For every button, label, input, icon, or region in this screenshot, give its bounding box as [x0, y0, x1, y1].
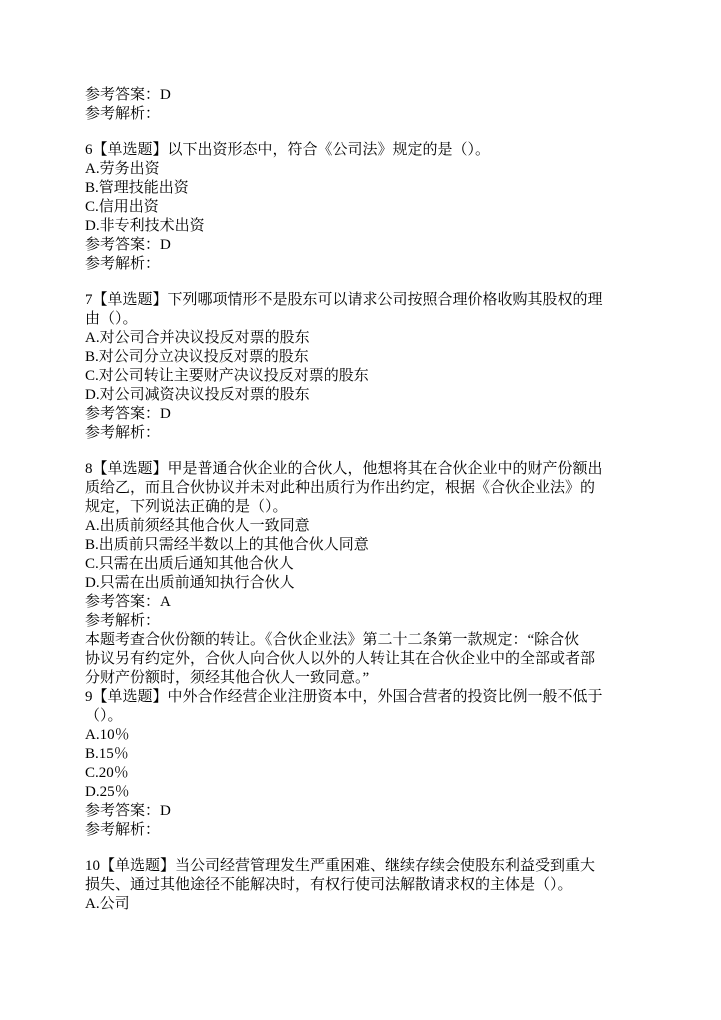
option-d-line: D.对公司减资决议投反对票的股东	[85, 386, 661, 405]
option-b-line: B.出质前只需经半数以上的其他合伙人同意	[85, 536, 661, 555]
reference-analysis-line: 参考解析：	[85, 105, 661, 124]
option-c-line: C.对公司转让主要财产决议投反对票的股东	[85, 367, 661, 386]
reference-answer-line: 参考答案：D	[85, 802, 661, 821]
question-stem-line: 6【单选题】以下出资形态中，符合《公司法》规定的是（）。	[85, 141, 661, 160]
reference-answer-line: 参考答案：D	[85, 405, 661, 424]
question-stem-line: （）。	[85, 707, 661, 726]
option-c-line: C.信用出资	[85, 198, 661, 217]
analysis-text-line: 分财产份额时，须经其他合伙人一致同意。”	[85, 669, 661, 688]
reference-analysis-line: 参考解析：	[85, 255, 661, 274]
reference-analysis-line: 参考解析：	[85, 612, 661, 631]
option-d-line: D.非专利技术出资	[85, 217, 661, 236]
option-a-line: A.对公司合并决议投反对票的股东	[85, 329, 661, 348]
question-stem-line: 损失、通过其他途径不能解决时，有权行使司法解散请求权的主体是（）。	[85, 876, 661, 895]
question-5-answer-block: 参考答案：D 参考解析：	[85, 86, 661, 124]
question-stem-line: 10【单选题】当公司经营管理发生严重困难、继续存续会使股东利益受到重大	[85, 857, 661, 876]
analysis-text-line: 本题考查合伙份额的转让。《合伙企业法》第二十二条第一款规定：“除合伙	[85, 631, 661, 650]
option-a-line: A.劳务出资	[85, 160, 661, 179]
question-stem-line: 9【单选题】中外合作经营企业注册资本中，外国合营者的投资比例一般不低于	[85, 688, 661, 707]
option-c-line: C.只需在出质后通知其他合伙人	[85, 555, 661, 574]
option-d-line: D.只需在出质前通知执行合伙人	[85, 574, 661, 593]
question-8-block: 8【单选题】甲是普通合伙企业的合伙人，他想将其在合伙企业中的财产份额出 质给乙，…	[85, 460, 661, 688]
analysis-text-line: 协议另有约定外，合伙人向合伙人以外的人转让其在合伙企业中的全部或者部	[85, 650, 661, 669]
reference-answer-line: 参考答案：D	[85, 86, 661, 105]
option-c-line: C.20％	[85, 764, 661, 783]
reference-analysis-line: 参考解析：	[85, 821, 661, 840]
reference-answer-line: 参考答案：D	[85, 236, 661, 255]
option-d-line: D.25％	[85, 783, 661, 802]
reference-analysis-line: 参考解析：	[85, 424, 661, 443]
question-stem-line: 质给乙，而且合伙协议并未对此种出质行为作出约定，根据《合伙企业法》的	[85, 479, 661, 498]
question-stem-line: 由（）。	[85, 310, 661, 329]
option-a-line: A.出质前须经其他合伙人一致同意	[85, 517, 661, 536]
option-b-line: B.15％	[85, 745, 661, 764]
question-7-block: 7【单选题】下列哪项情形不是股东可以请求公司按照合理价格收购其股权的理 由（）。…	[85, 291, 661, 443]
question-9-block: 9【单选题】中外合作经营企业注册资本中，外国合营者的投资比例一般不低于 （）。 …	[85, 688, 661, 840]
option-a-line: A.公司	[85, 895, 661, 914]
question-stem-line: 8【单选题】甲是普通合伙企业的合伙人，他想将其在合伙企业中的财产份额出	[85, 460, 661, 479]
option-b-line: B.对公司分立决议投反对票的股东	[85, 348, 661, 367]
option-a-line: A.10％	[85, 726, 661, 745]
document-page: 参考答案：D 参考解析： 6【单选题】以下出资形态中，符合《公司法》规定的是（）…	[0, 0, 721, 1020]
question-6-block: 6【单选题】以下出资形态中，符合《公司法》规定的是（）。 A.劳务出资 B.管理…	[85, 141, 661, 274]
question-10-block: 10【单选题】当公司经营管理发生严重困难、继续存续会使股东利益受到重大 损失、通…	[85, 857, 661, 914]
question-stem-line: 规定，下列说法正确的是（）。	[85, 498, 661, 517]
question-stem-line: 7【单选题】下列哪项情形不是股东可以请求公司按照合理价格收购其股权的理	[85, 291, 661, 310]
reference-answer-line: 参考答案：A	[85, 593, 661, 612]
option-b-line: B.管理技能出资	[85, 179, 661, 198]
